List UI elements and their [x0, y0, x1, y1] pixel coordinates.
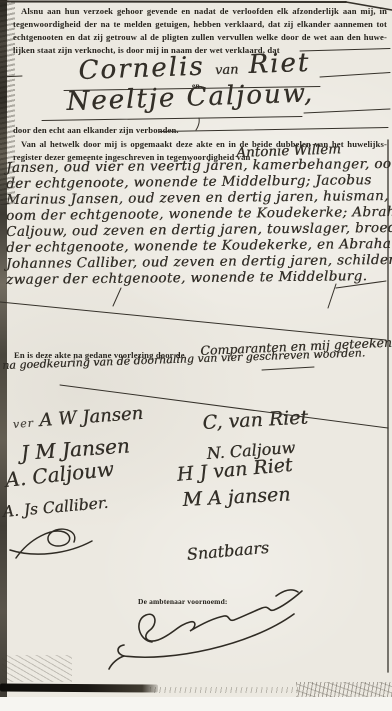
- signature-aw-jansen: ver A W Jansen: [12, 403, 144, 433]
- intro-line-2: tegenwoordigheid der na te melden getuig…: [13, 18, 387, 30]
- signature-c-van-riet: C, van Riet: [202, 406, 309, 433]
- signature-hj-van-riet: H J van Riet: [176, 454, 293, 486]
- groom-middle-word: van: [215, 62, 239, 78]
- groom-last-name: Riet: [248, 48, 311, 80]
- lower-left-speckle: [2, 655, 72, 682]
- official-label: De ambtenaar voornoemd:: [138, 596, 228, 608]
- signature-aw-jansen-text: A W Jansen: [39, 403, 144, 431]
- marriage-record-scan: Alsnu aan hun verzoek gehoor gevende en …: [0, 0, 392, 711]
- intro-line-3: echtgenooten en dat zij getrouw al de pl…: [13, 31, 387, 43]
- top-edge-line: [0, 2, 346, 3]
- rule-after-dat: [300, 49, 390, 52]
- stray-pen-tick: [196, 118, 199, 130]
- strike-tick-1: [113, 288, 121, 306]
- paraph-flourish: [10, 529, 92, 558]
- bottom-right-speckle: [296, 682, 392, 697]
- verbonden-dash: [160, 128, 388, 132]
- signature-ma-jansen: M A jansen: [182, 483, 291, 511]
- strike-tick-2: [328, 284, 336, 308]
- witness-line-8: zwager der echtgenoote, wonende te Midde…: [6, 268, 367, 288]
- signature-a-js-calliber: A. Js Calliber.: [2, 494, 109, 521]
- bottom-band-speckle: [150, 687, 300, 693]
- intro-line-1: Alsnu aan hun verzoek gehoor gevende en …: [13, 5, 387, 17]
- signature-prefix-flourish: ver: [12, 417, 34, 431]
- bride-right-rule: [304, 109, 390, 113]
- groom-right-rule: [320, 73, 390, 78]
- bottom-dark-band: [0, 683, 158, 692]
- bride-underline: [42, 117, 302, 121]
- groom-first-name: Cornelis: [78, 52, 205, 86]
- closing-dash: [262, 367, 314, 370]
- scan-bottom-margin: [0, 697, 392, 711]
- signature-clerk-witness: Snatbaars: [186, 538, 270, 564]
- verbonden-line: door den echt aan elkander zijn verbonde…: [13, 124, 179, 136]
- strike-line-1: [0, 302, 386, 340]
